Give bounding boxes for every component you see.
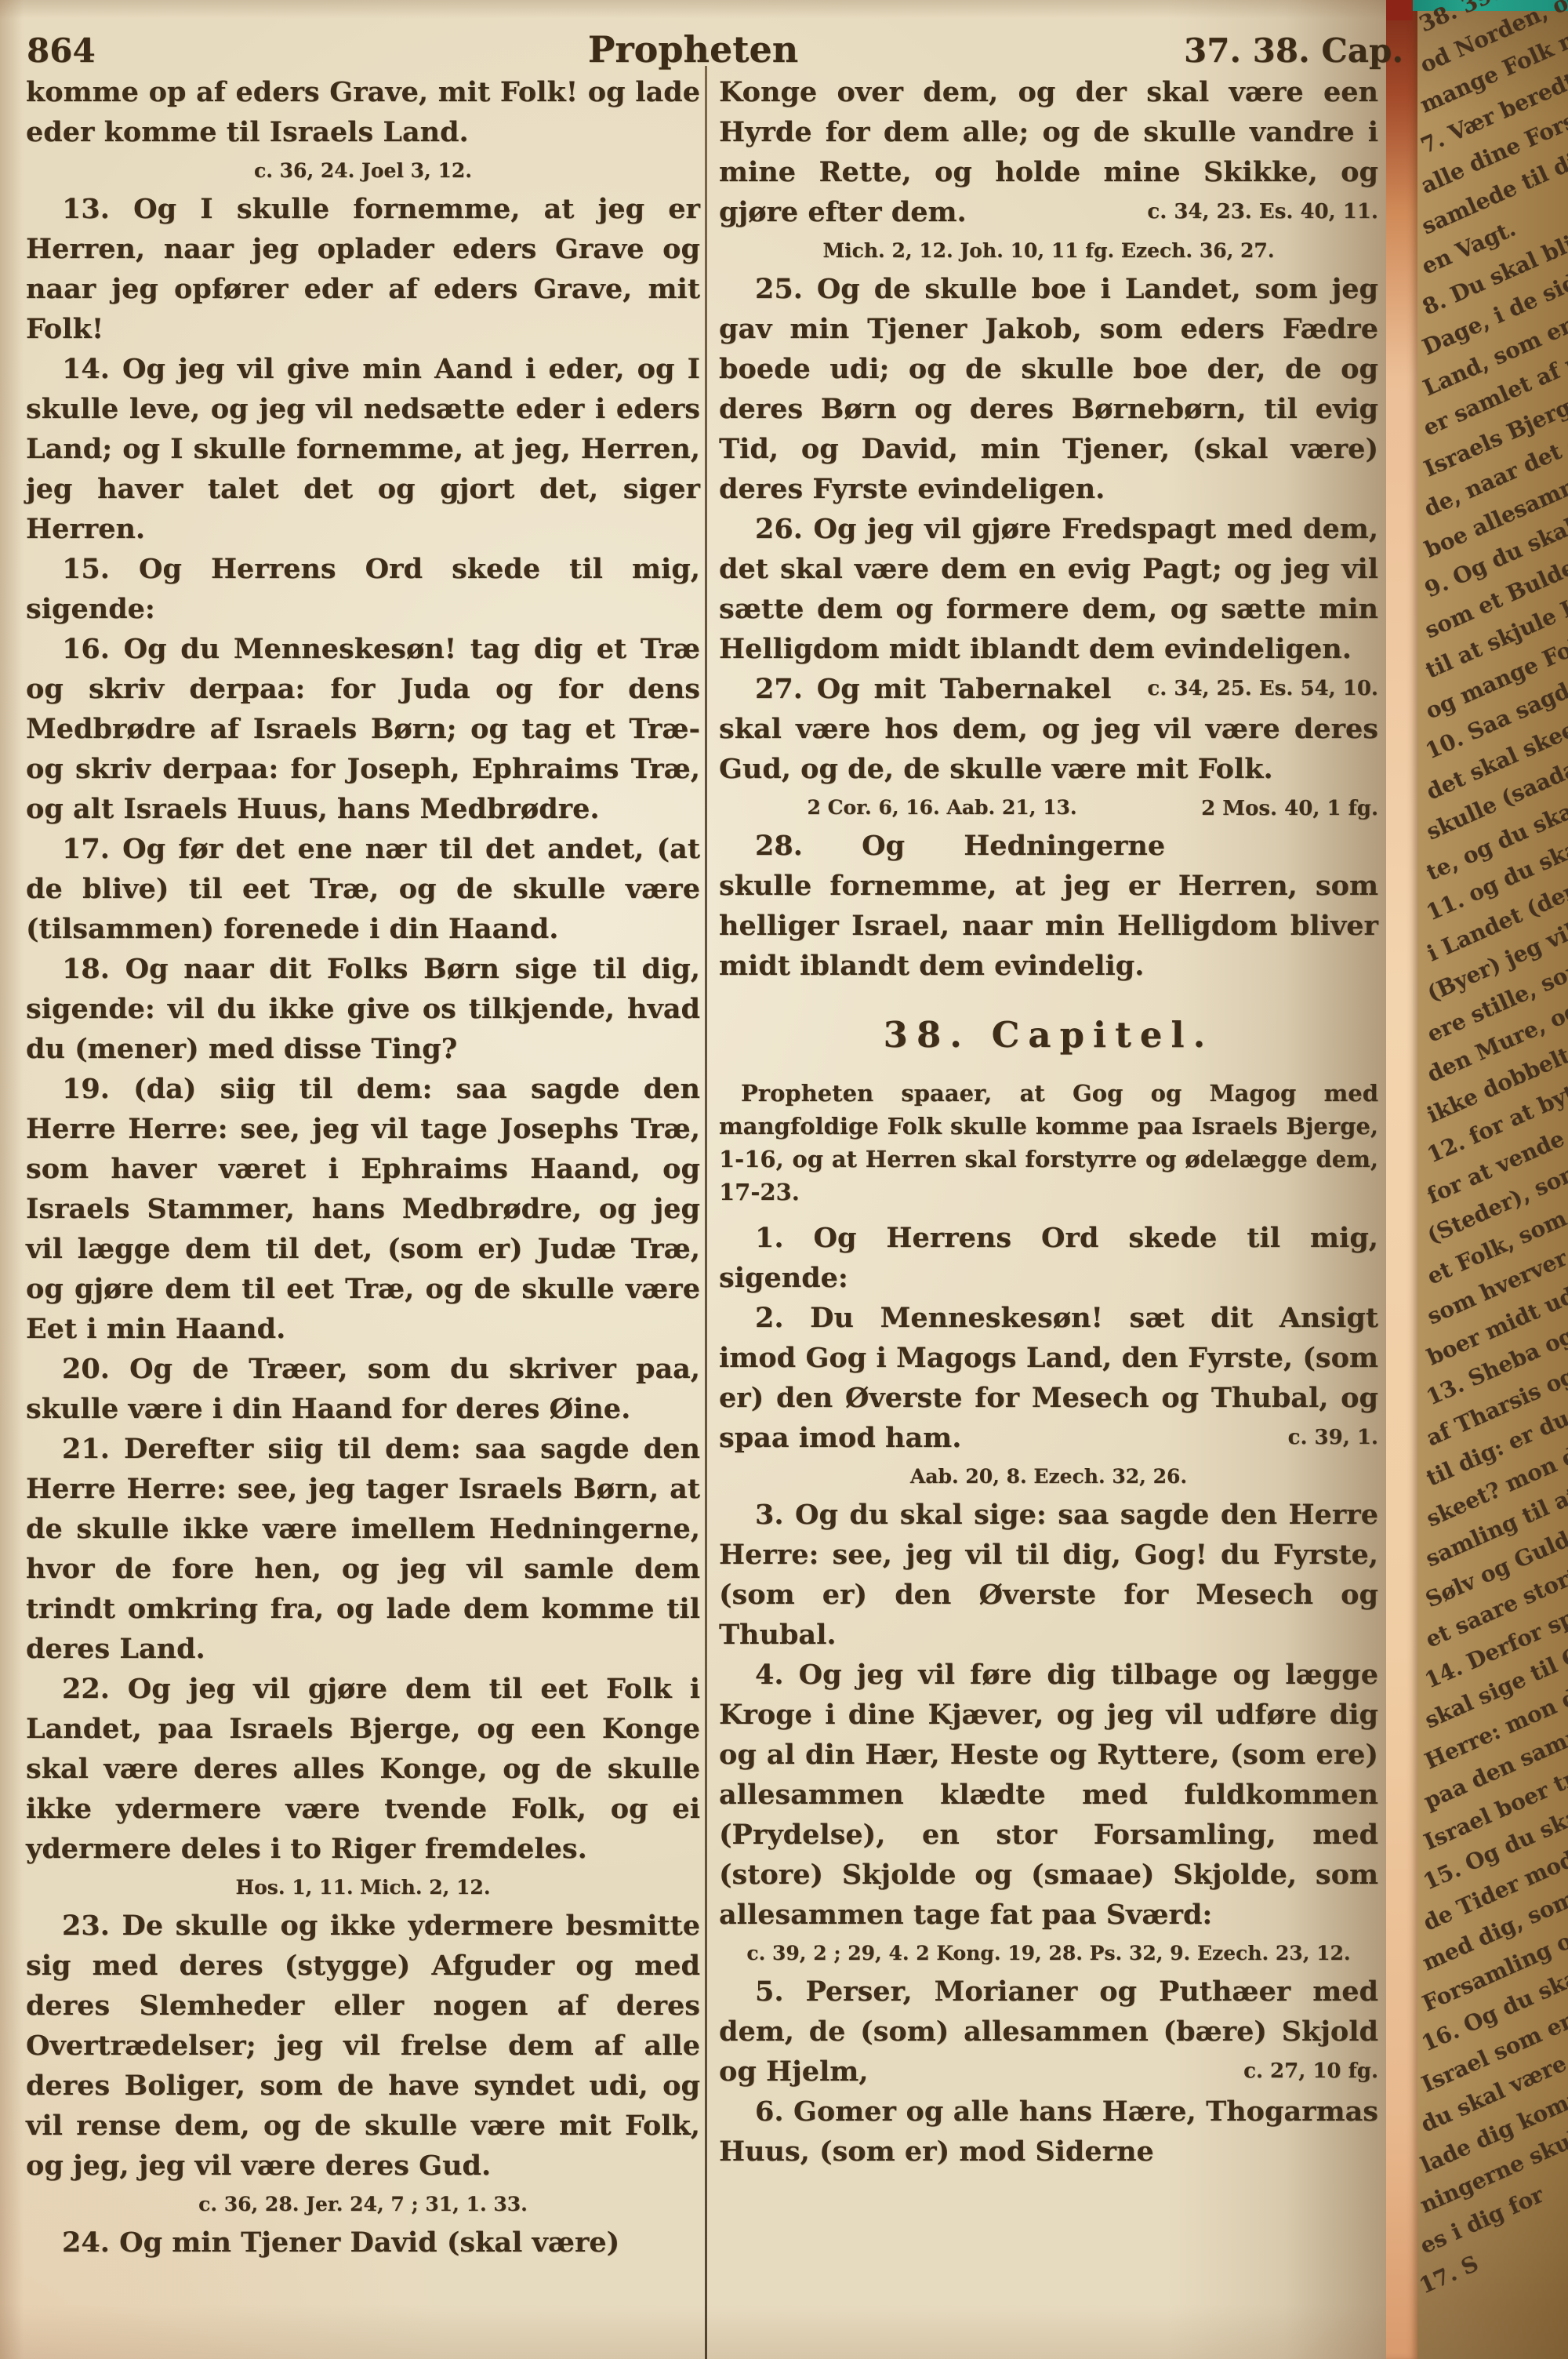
verse-paragraph: komme op af eders Grave, mit Folk! og la… bbox=[26, 72, 700, 152]
verse-paragraph: 19. (da) siig til dem: saa sagde den Her… bbox=[26, 1069, 700, 1349]
scanned-book-page: 864 Propheten 37. 38. Cap. komme op af e… bbox=[0, 0, 1386, 2359]
verse-paragraph: 6. Gomer og alle hans Hære, Thogarmas Hu… bbox=[719, 2092, 1378, 2172]
inline-reference: c. 39, 1. bbox=[1252, 1418, 1378, 1458]
verse-paragraph: 13. Og I skulle fornemme, at jeg er Herr… bbox=[26, 189, 700, 349]
verse-paragraph: 2. Du Menneskesøn! sæt dit Ansigt imod G… bbox=[719, 1298, 1378, 1458]
verse-paragraph: 1. Og Herrens Ord skede til mig, sigende… bbox=[719, 1218, 1378, 1298]
chapter-heading: 38. Capitel. bbox=[719, 1012, 1378, 1058]
column-divider-rule bbox=[705, 66, 707, 2359]
inline-reference: 2 Mos. 40, 1 fg. bbox=[1165, 789, 1378, 829]
verse-paragraph: 17. Og før det ene nær til det andet, (a… bbox=[26, 829, 700, 949]
verse-paragraph: 23. De skulle og ikke ydermere besmitte … bbox=[26, 1906, 700, 2186]
inline-reference: c. 34, 25. Es. 54, 10. bbox=[1111, 669, 1378, 709]
chapter-summary: Propheten spaaer, at Gog og Magog med ma… bbox=[719, 1077, 1378, 1209]
right-text-column: Konge over dem, og der skal være een Hyr… bbox=[719, 72, 1378, 2172]
reference-line: Aab. 20, 8. Ezech. 32, 26. bbox=[719, 1458, 1378, 1495]
verse-paragraph: 5. Perser, Morianer og Puthæer med dem, … bbox=[719, 1972, 1378, 2092]
verse-paragraph: 3. Og du skal sige: saa sagde den Herre … bbox=[719, 1495, 1378, 1655]
inline-reference: c. 27, 10 fg. bbox=[1207, 2052, 1378, 2092]
page-fore-edge bbox=[1386, 0, 1417, 2359]
verse-paragraph: 28. Og Hedningerne skulle fornemme, at j… bbox=[719, 826, 1378, 986]
verse-paragraph: 26. Og jeg vil gjøre Fredspagt med dem, … bbox=[719, 509, 1378, 669]
book-gutter-and-facing-page: 38. 39. Cap.od Norden, og allmange Folk … bbox=[1386, 0, 1568, 2359]
chapter-header: 37. 38. Cap. bbox=[1019, 31, 1403, 70]
verse-paragraph: 25. Og de skulle boe i Landet, som jeg g… bbox=[719, 269, 1378, 509]
inline-reference: c. 34, 23. Es. 40, 11. bbox=[1147, 192, 1378, 232]
verse-paragraph: 15. Og Herrens Ord skede til mig, sigend… bbox=[26, 549, 700, 629]
verse-paragraph: 21. Derefter siig til dem: saa sagde den… bbox=[26, 1429, 700, 1669]
verse-paragraph: 16. Og du Menneskesøn! tag dig et Træ og… bbox=[26, 629, 700, 829]
verse-paragraph: 18. Og naar dit Folks Børn sige til dig,… bbox=[26, 949, 700, 1069]
verse-paragraph: 4. Og jeg vil føre dig tilbage og lægge … bbox=[719, 1655, 1378, 1935]
reference-line: c. 39, 2 ; 29, 4. 2 Kong. 19, 28. Ps. 32… bbox=[719, 1935, 1378, 1972]
cover-corner bbox=[1386, 0, 1413, 20]
verse-paragraph: 14. Og jeg vil give min Aand i eder, og … bbox=[26, 349, 700, 549]
reference-line: c. 36, 24. Joel 3, 12. bbox=[26, 152, 700, 189]
reference-line: Hos. 1, 11. Mich. 2, 12. bbox=[26, 1869, 700, 1906]
verse-paragraph: 22. Og jeg vil gjøre dem til eet Folk i … bbox=[26, 1669, 700, 1869]
verse-paragraph: Konge over dem, og der skal være een Hyr… bbox=[719, 72, 1378, 232]
reference-line: Mich. 2, 12. Joh. 10, 11 fg. Ezech. 36, … bbox=[719, 232, 1378, 269]
reference-line: c. 36, 28. Jer. 24, 7 ; 31, 1. 33. bbox=[26, 2186, 700, 2223]
verse-paragraph: 20. Og de Træer, som du skriver paa, sku… bbox=[26, 1349, 700, 1429]
left-text-column: komme op af eders Grave, mit Folk! og la… bbox=[26, 72, 700, 2263]
verse-paragraph: 24. Og min Tjener David (skal være) bbox=[26, 2223, 700, 2263]
